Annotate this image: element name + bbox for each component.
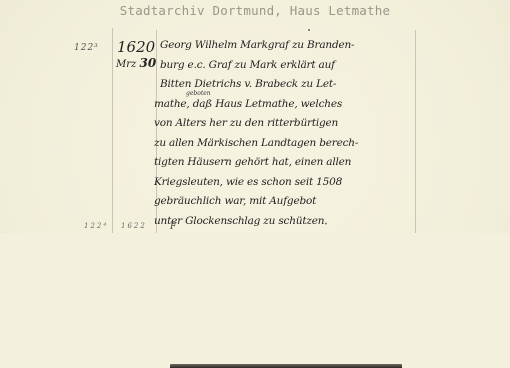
entry-line-7: tigten Häusern gehört hat, einen allen [154,153,415,173]
scan-shadow-edge [170,364,402,368]
column-rule-left [112,28,113,233]
next-entry-text-fragment: F [170,222,176,232]
entry-number: 122³ [74,43,99,53]
entry-line-8: Kriegsleuten, wie es schon seit 1508 [154,173,415,193]
entry-line-9: gebräuchlich war, mit Aufgebot [154,192,415,212]
column-rule-right [415,30,416,233]
entry-line-1: Georg Wilhelm Markgraf zu Branden- [160,36,415,56]
entry-line-2: burg e.c. Graf zu Mark erklärt auf [160,56,415,76]
entry-date-month: Mrz [116,59,136,70]
next-entry-fragment-3: · [325,222,329,229]
archive-header: Stadtarchiv Dortmund, Haus Letmathe [0,3,510,18]
entry-text: Georg Wilhelm Markgraf zu Branden- burg … [160,36,415,231]
entry-line-3: Bitten Dietrichs v. Brabeck zu Let- [160,75,415,95]
entry-line-4: mathe, daß Haus Letmathe, welches [154,95,415,115]
entry-date: Mrz 30 [116,56,156,70]
entry-line-6: zu allen Märkischen Landtagen berech- [154,134,415,154]
ink-dot [308,29,310,31]
next-entry-fragment-2: · · [250,222,262,229]
next-entry-number: 122⁴ [84,222,108,230]
next-entry-year: 1622 [121,222,147,230]
entry-line-10: unter Glockenschlag zu schützen. [154,212,415,232]
entry-date-day: 30 [139,56,156,70]
entry-line-5: von Alters her zu den ritterbürtigen [154,114,415,134]
entry-year: 1620 [117,38,155,56]
paper-lower-blank [0,233,510,368]
